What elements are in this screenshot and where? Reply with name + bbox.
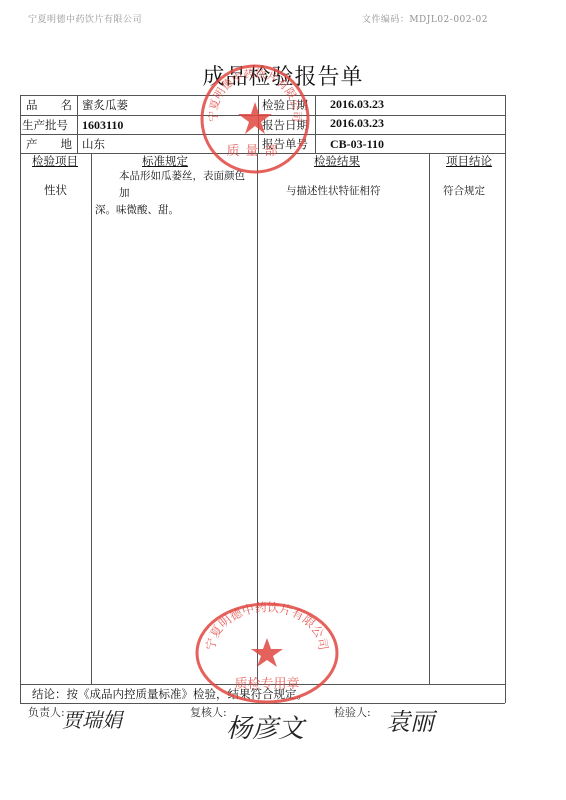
responsible-signature: 贾瑞娟 <box>62 704 122 733</box>
inspector-signature: 袁丽 <box>386 702 434 737</box>
overall-conclusion: 结论：按《成品内控质量标准》检验，结果符合规定。 <box>32 685 308 703</box>
label-batch-number: 生产批号 <box>22 116 68 134</box>
reviewer-label: 复核人: <box>190 704 227 720</box>
label-report-number: 报告单号 <box>262 135 308 153</box>
responsible-label: 负责人: <box>28 704 65 720</box>
result-appearance: 与描述性状特征相符 <box>286 182 381 200</box>
value-report-number: CB-03-110 <box>330 135 384 153</box>
standard-appearance: 本品形如瓜蒌丝，表面颜色加 深。味微酸、甜。 <box>95 168 255 219</box>
label-product-name: 品名 <box>26 96 72 114</box>
conclusion-appearance: 符合规定 <box>443 182 485 200</box>
value-product-name: 蜜炙瓜蒌 <box>82 96 128 114</box>
label-report-date: 报告日期 <box>262 116 308 134</box>
label-origin: 产地 <box>26 135 72 153</box>
document-number: 文件编码：MDJL02-002-02 <box>362 12 488 25</box>
value-report-date: 2016.03.23 <box>330 114 384 132</box>
header-conclusion: 项目结论 <box>446 152 492 170</box>
value-origin: 山东 <box>82 135 105 153</box>
item-appearance: 性状 <box>44 181 67 199</box>
header-result: 检验结果 <box>314 152 360 170</box>
company-header: 宁夏明德中药饮片有限公司 <box>28 12 142 25</box>
svg-text:宁夏明德中药饮片有限公司: 宁夏明德中药饮片有限公司 <box>204 600 331 651</box>
value-inspection-date: 2016.03.23 <box>330 95 384 113</box>
report-title: 成品检验报告单 <box>0 60 566 91</box>
value-batch-number: 1603110 <box>82 116 123 134</box>
reviewer-signature: 杨彦文 <box>226 708 304 745</box>
inspector-label: 检验人: <box>334 704 371 720</box>
header-inspection-item: 检验项目 <box>32 152 78 170</box>
label-inspection-date: 检验日期 <box>262 96 308 114</box>
